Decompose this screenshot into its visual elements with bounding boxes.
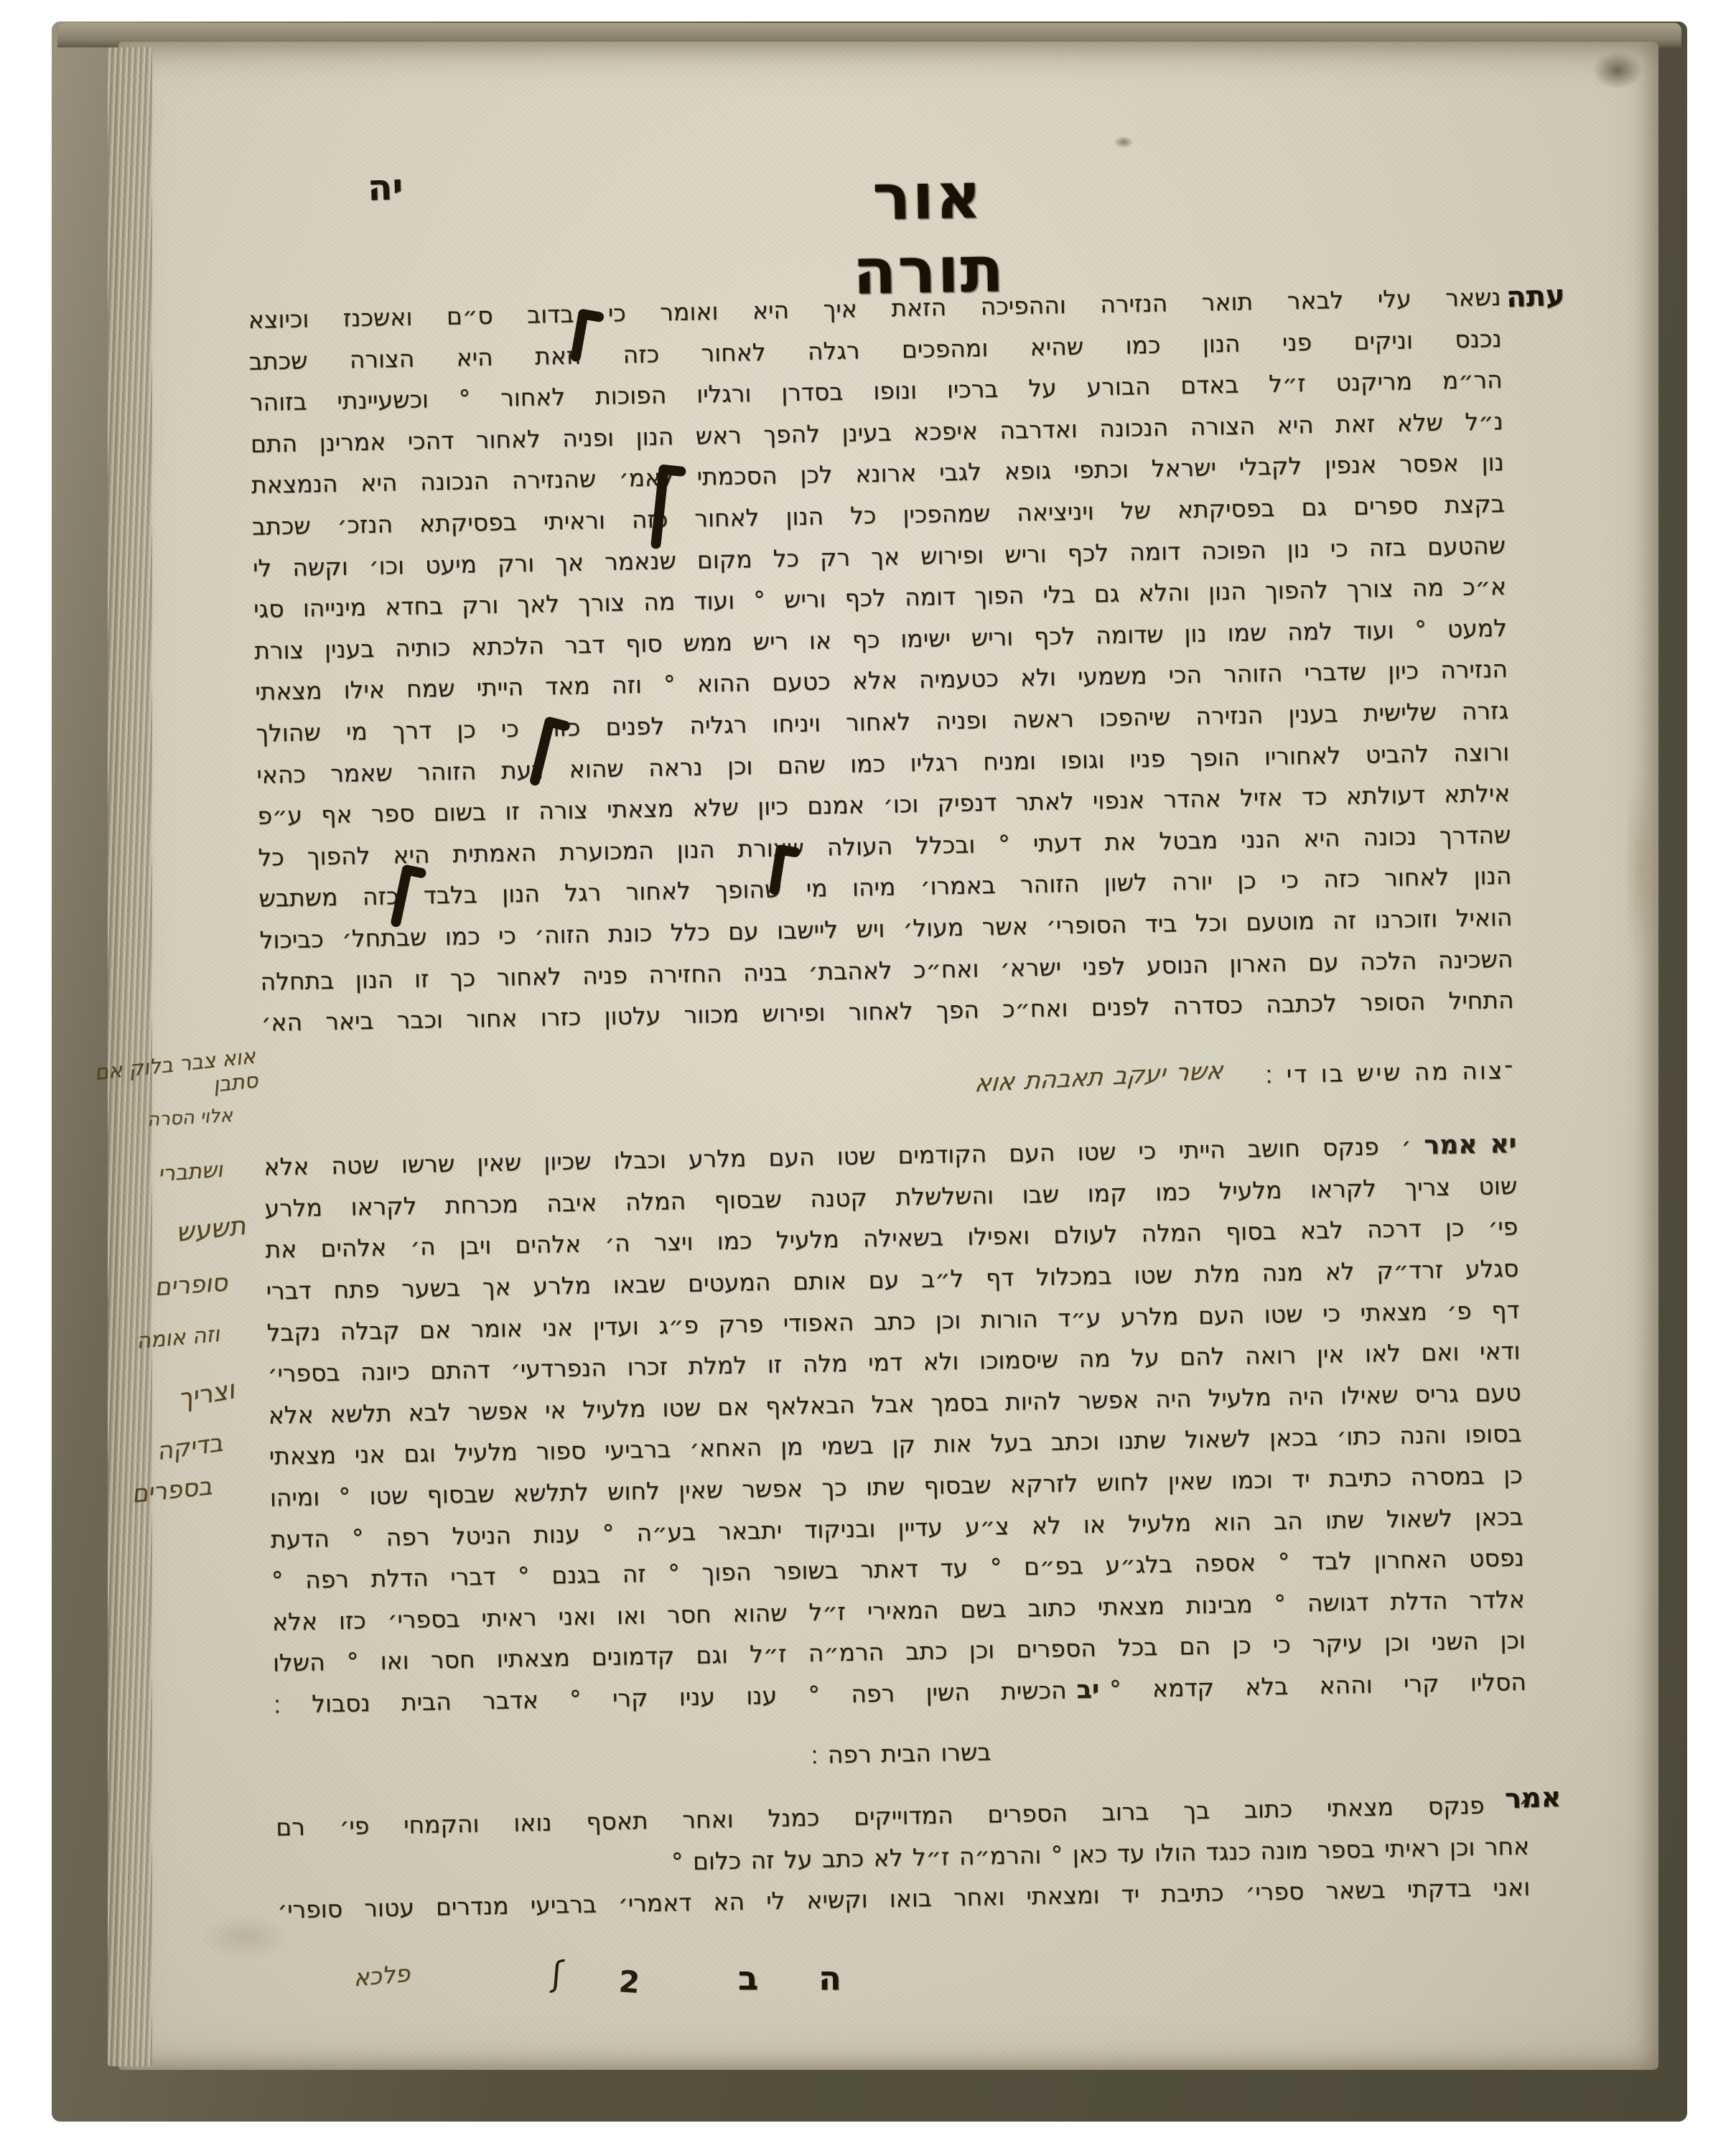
lead-word-atah: עתה [1506, 279, 1565, 314]
handwritten-insertion: אשר יעקב תאבהת אוא [973, 1050, 1224, 1105]
paragraph-1: נשאר עלי לבאר תואר הנזירה וההפיכה הזאת א… [248, 276, 1515, 1114]
section-number: יא [1490, 1129, 1517, 1160]
line-text: הסליו קרי וההא בלא קדמא ° [1109, 1668, 1526, 1704]
paragraph-2: יאאמר׳ פנקס חושב הייתי כי שטו העם הקודמי… [263, 1124, 1528, 1786]
lead-word-inline: אמר [1424, 1130, 1478, 1160]
centered-masora-line: בשרו הבית רפה ׃ [274, 1721, 1528, 1786]
paragraph-1-lines: נכנס וניקים פני הנון כמו שהיא ומהפכים רג… [248, 318, 1514, 1044]
printed-short-line: ־צוה מה שיש בו די ׃ [1265, 1050, 1516, 1096]
marginalia-note: אלוי הסרה [146, 1105, 233, 1131]
folio-number: יה [367, 166, 403, 209]
catchword-handwritten: פלכא [352, 1959, 411, 1992]
main-text-column: נשאר עלי לבאר תואר הנזירה וההפיכה הזאת א… [248, 276, 1530, 1931]
paragraph-3: ׳ פנקס מצאתי כתוב בך ברוב הספרים המדוייק… [276, 1784, 1531, 1931]
marginalia-note: סופרים [154, 1268, 228, 1302]
section-number: יב [1076, 1676, 1099, 1705]
scanned-book-photo: יה אור תורה עתה אמר נשאר עלי לבאר תואר ה… [0, 0, 1736, 2146]
paragraph-2-lines: שוט צריך לקראו מלעיל כמו קמו שבו והשלשלת… [264, 1165, 1526, 1684]
marginalia-note: ושתברי [157, 1157, 223, 1187]
sheet-numeral: 2 [617, 1964, 641, 2000]
line-text: הכשית השין רפה ° ענו עניו קרי ° אדבר הבי… [274, 1676, 1067, 1718]
quire-signature-letters: ה ב [738, 1959, 866, 1997]
short-line-with-handwriting: ־צוה מה שיש בו די ׃ אשר יעקב תאבהת אוא [262, 1050, 1516, 1114]
